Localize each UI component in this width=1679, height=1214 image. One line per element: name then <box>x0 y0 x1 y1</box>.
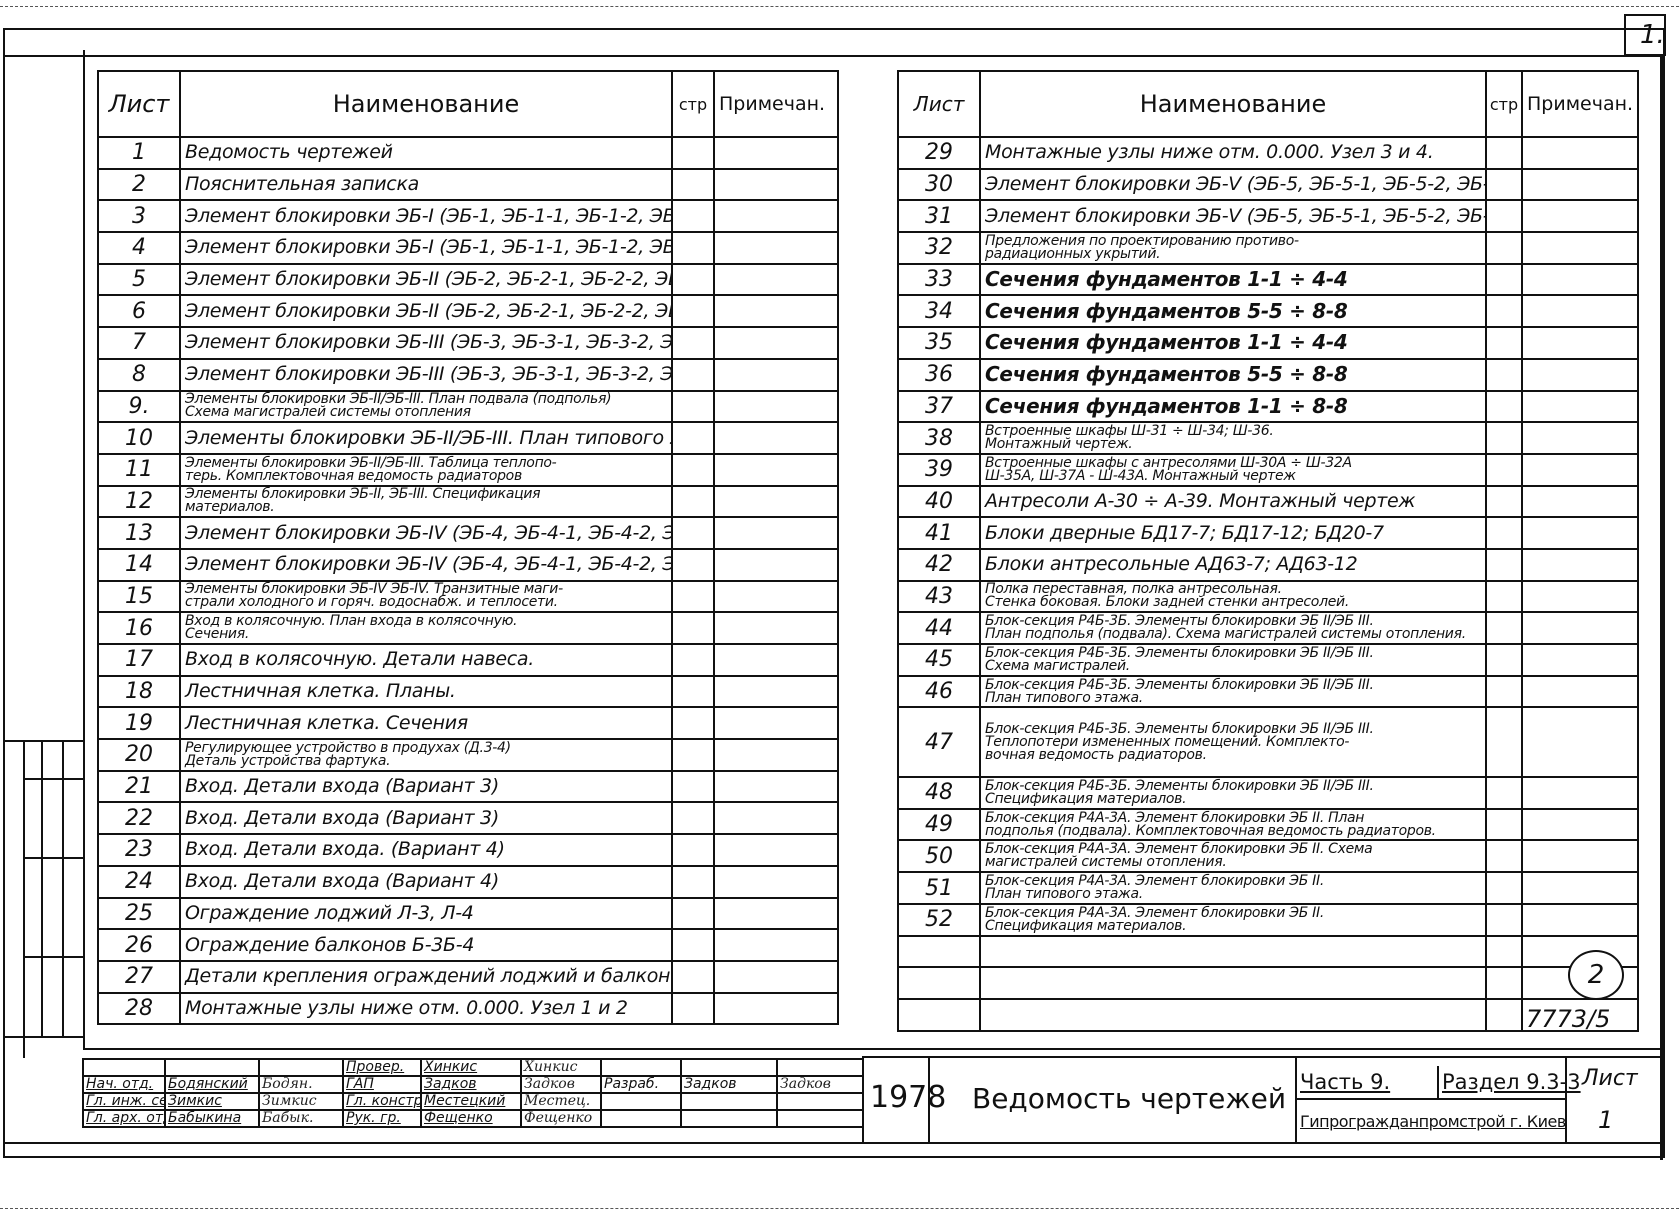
sheet-number-cell: 52 <box>898 904 980 936</box>
page-cell <box>672 676 714 708</box>
signature-block: Провер.ХинкисХинкисНач. отд.БодянскийБод… <box>82 1058 864 1128</box>
table-row: 3Элемент блокировки ЭБ-I (ЭБ-1, ЭБ-1-1, … <box>98 200 838 232</box>
table-row: 14Элемент блокировки ЭБ-IV (ЭБ-4, ЭБ-4-1… <box>98 549 838 581</box>
note-cell <box>1522 169 1638 201</box>
divider <box>1295 1056 1297 1144</box>
page-cell <box>672 612 714 644</box>
signer-name: Задков <box>421 1076 521 1093</box>
organization: Гипрограждан­промстрой г. Киев <box>1300 1112 1566 1131</box>
drawing-name-cell: Встроенные шкафы с антресолями Ш-30А ÷ Ш… <box>980 454 1486 486</box>
page-cell <box>1486 999 1522 1031</box>
table-row: 15Элементы блокировки ЭБ-IV ЭБ-IV. Транз… <box>98 581 838 613</box>
drawing-name-cell: Элемент блокировки ЭБ-III (ЭБ-3, ЭБ-3-1,… <box>180 359 672 391</box>
page-cell <box>672 327 714 359</box>
page-cell <box>672 961 714 993</box>
table-row: 52Блок-секция Р4А-3А. Элемент блокировки… <box>898 904 1638 936</box>
page-cell <box>1486 676 1522 708</box>
empty-cell <box>601 1110 681 1127</box>
part-label: Часть 9. <box>1300 1070 1390 1094</box>
sheet-number-cell: 24 <box>98 866 180 898</box>
drawing-name-cell: Предложения по проектированию противо- р… <box>980 232 1486 264</box>
drawing-name-cell: Ведомость чертежей <box>180 137 672 169</box>
note-cell <box>1522 327 1638 359</box>
drawing-name-cell: Элемент блокировки ЭБ-IV (ЭБ-4, ЭБ-4-1, … <box>180 549 672 581</box>
note-cell <box>714 200 838 232</box>
drawing-name-cell: Вход в колясочную. Детали навеса. <box>180 644 672 676</box>
table-row: 25Ограждение лоджий Л-3, Л-4 <box>98 898 838 930</box>
note-cell <box>1522 232 1638 264</box>
signer-name: Бодянский <box>165 1076 259 1093</box>
table-row: 18Лестничная клетка. Планы. <box>98 676 838 708</box>
page-cell <box>672 549 714 581</box>
table-row: 1Ведомость чертежей <box>98 137 838 169</box>
page-cell <box>1486 777 1522 809</box>
sheet-number-cell: 43 <box>898 581 980 613</box>
table-row: 32Предложения по проектированию противо-… <box>898 232 1638 264</box>
signature-row: Провер.ХинкисХинкис <box>83 1059 863 1076</box>
page-cell <box>672 834 714 866</box>
table-row: 12Элементы блокировки ЭБ-II, ЭБ-III. Спе… <box>98 486 838 518</box>
page-cell <box>672 137 714 169</box>
note-cell <box>1522 676 1638 708</box>
note-cell <box>714 295 838 327</box>
sheet-number-cell: 32 <box>898 232 980 264</box>
sheet-number-cell: 15 <box>98 581 180 613</box>
note-cell <box>714 517 838 549</box>
drawing-name-cell: Встроенные шкафы Ш-31 ÷ Ш-34; Ш-36. Монт… <box>980 422 1486 454</box>
sheet-number-cell: 18 <box>98 676 180 708</box>
note-cell <box>1522 904 1638 936</box>
drawing-name-cell: Вход. Детали входа (Вариант 4) <box>180 866 672 898</box>
drawing-name-cell: Блоки дверные БД17-7; БД17-12; БД20-7 <box>980 517 1486 549</box>
drawing-name-cell: Блок-секция Р4А-3А. Элемент блокировки Э… <box>980 904 1486 936</box>
signature: Бабык. <box>259 1110 343 1127</box>
table-row: 6Элемент блокировки ЭБ-II (ЭБ-2, ЭБ-2-1,… <box>98 295 838 327</box>
signer-role: Гл. арх. отд. <box>83 1110 165 1127</box>
table-row: 4Элемент блокировки ЭБ-I (ЭБ-1, ЭБ-1-1, … <box>98 232 838 264</box>
note-cell <box>714 676 838 708</box>
table-row: 45Блок-секция Р4Б-3Б. Элементы блокировк… <box>898 644 1638 676</box>
page-cell <box>672 359 714 391</box>
sheet-number-cell: 46 <box>898 676 980 708</box>
signer-name: Хинкис <box>421 1059 521 1076</box>
page-cell <box>1486 391 1522 423</box>
page-cell <box>1486 809 1522 841</box>
table-row: 37Сечения фундаментов 1-1 ÷ 8-8 <box>898 391 1638 423</box>
drawing-name-cell: Вход. Детали входа (Вариант 3) <box>180 771 672 803</box>
sheet-number-cell: 28 <box>98 993 180 1025</box>
signature: Местец. <box>521 1093 601 1110</box>
table-row: 42Блоки антресольные АД63-7; АД63-12 <box>898 549 1638 581</box>
sheet-number-cell: 19 <box>98 707 180 739</box>
page-cell <box>672 200 714 232</box>
note-cell <box>714 739 838 771</box>
drawing-name-cell: Блок-секция Р4А-3А. Элемент блокировки Э… <box>980 872 1486 904</box>
table-row: 29Монтажные узлы ниже отм. 0.000. Узел 3… <box>898 137 1638 169</box>
page-cell <box>1486 486 1522 518</box>
page-cell <box>1486 232 1522 264</box>
page-cell <box>1486 422 1522 454</box>
page-cell <box>672 739 714 771</box>
drawing-name-cell: Ограждение балконов Б-3Б-4 <box>180 929 672 961</box>
note-cell <box>1522 486 1638 518</box>
drawing-name-cell: Элемент блокировки ЭБ-III (ЭБ-3, ЭБ-3-1,… <box>180 327 672 359</box>
table-row: 41Блоки дверные БД17-7; БД17-12; БД20-7 <box>898 517 1638 549</box>
note-cell <box>714 834 838 866</box>
page-cell <box>1486 840 1522 872</box>
page-cell <box>672 232 714 264</box>
note-cell <box>1522 454 1638 486</box>
signer-role: Гл. инж. сер. <box>83 1093 165 1110</box>
drawing-name-cell: Блок-секция Р4Б-3Б. Элементы блокировки … <box>980 644 1486 676</box>
table-header: Лист Наименование стр Примечан. <box>98 71 838 137</box>
sheet-label: Лист <box>1582 1066 1638 1091</box>
page-cell <box>1486 936 1522 968</box>
table-row: 27Детали крепления ограждений лоджий и б… <box>98 961 838 993</box>
sheet-number-cell: 20 <box>98 739 180 771</box>
table-row: 40Антресоли А-30 ÷ А-39. Монтажный черте… <box>898 486 1638 518</box>
col-name: Наименование <box>980 71 1486 137</box>
sheet-number-cell: 11 <box>98 454 180 486</box>
sheet-corner-number: 1. <box>1640 20 1665 50</box>
note-cell <box>714 359 838 391</box>
sheet-number-cell: 39 <box>898 454 980 486</box>
page-cell <box>672 898 714 930</box>
sheet-number-cell: 2 <box>98 169 180 201</box>
note-cell <box>714 391 838 423</box>
table-row: 22Вход. Детали входа (Вариант 3) <box>98 802 838 834</box>
note-cell <box>1522 644 1638 676</box>
sheet-number-cell: 14 <box>98 549 180 581</box>
page-cell <box>672 644 714 676</box>
sheet-number-cell: 31 <box>898 200 980 232</box>
section-label: Раздел 9.3-3 <box>1442 1070 1581 1094</box>
drawing-name-cell: Элемент блокировки ЭБ-IV (ЭБ-4, ЭБ-4-1, … <box>180 517 672 549</box>
sheet-number-cell: 9. <box>98 391 180 423</box>
signer-name: Местецкий <box>421 1093 521 1110</box>
note-cell <box>1522 612 1638 644</box>
sheet-number-cell: 42 <box>898 549 980 581</box>
note-cell <box>714 961 838 993</box>
page-cell <box>1486 200 1522 232</box>
page-cell <box>672 929 714 961</box>
page-cell <box>1486 581 1522 613</box>
drawing-name-cell: Вход. Детали входа (Вариант 3) <box>180 802 672 834</box>
table-row: 7Элемент блокировки ЭБ-III (ЭБ-3, ЭБ-3-1… <box>98 327 838 359</box>
document-title: Ведомость чертежей <box>972 1082 1286 1115</box>
table-row: 20Регулирующее устройство в продухах (Д.… <box>98 739 838 771</box>
note-cell <box>714 264 838 296</box>
sheet-number-cell: 29 <box>898 137 980 169</box>
drawing-name-cell: Монтажные узлы ниже отм. 0.000. Узел 1 и… <box>180 993 672 1025</box>
empty-cell <box>601 1093 681 1110</box>
drawing-name-cell: Сечения фундаментов 1-1 ÷ 4-4 <box>980 264 1486 296</box>
sheet-number-cell: 33 <box>898 264 980 296</box>
sheet-number-cell: 6 <box>98 295 180 327</box>
signature-row: Гл. арх. отд.БабыкинаБабык.Рук. гр.Фещен… <box>83 1110 863 1127</box>
signature-row: Нач. отд.БодянскийБодян.ГАПЗадковЗадковР… <box>83 1076 863 1093</box>
divider <box>1295 1098 1565 1100</box>
drawing-name-cell: Элементы блокировки ЭБ-II, ЭБ-III. Специ… <box>180 486 672 518</box>
drawing-name-cell: Вход. Детали входа. (Вариант 4) <box>180 834 672 866</box>
signer-name: Фещенко <box>421 1110 521 1127</box>
binding-col-3 <box>62 740 64 1038</box>
page-cell <box>672 169 714 201</box>
drawing-name-cell: Блоки антресольные АД63-7; АД63-12 <box>980 549 1486 581</box>
page-cell <box>672 802 714 834</box>
sheet-number-cell: 50 <box>898 840 980 872</box>
signature: Зимкис <box>259 1093 343 1110</box>
table-row: 51Блок-секция Р4А-3А. Элемент блокировки… <box>898 872 1638 904</box>
page-cell <box>672 866 714 898</box>
table-row: 28Монтажные узлы ниже отм. 0.000. Узел 1… <box>98 993 838 1025</box>
page-cell <box>1486 967 1522 999</box>
empty-cell <box>777 1059 863 1076</box>
page-cell <box>1486 612 1522 644</box>
page-cell <box>1486 872 1522 904</box>
sheet-number-cell: 17 <box>98 644 180 676</box>
sheet-number-cell: 47 <box>898 707 980 777</box>
drawing-name-cell: Блок-секция Р4Б-3Б. Элементы блокировки … <box>980 777 1486 809</box>
drawing-name-cell: Лестничная клетка. Сечения <box>180 707 672 739</box>
note-cell <box>1522 200 1638 232</box>
table-row: 19Лестничная клетка. Сечения <box>98 707 838 739</box>
table-row: 31Элемент блокировки ЭБ-V (ЭБ-5, ЭБ-5-1,… <box>898 200 1638 232</box>
col-page: стр <box>1486 71 1522 137</box>
drawing-name-cell: Детали крепления ограждений лоджий и бал… <box>180 961 672 993</box>
sheet-number-cell <box>898 936 980 968</box>
note-cell <box>714 612 838 644</box>
table-row: 26Ограждение балконов Б-3Б-4 <box>98 929 838 961</box>
table-row <box>898 936 1638 968</box>
sheet-number-cell: 41 <box>898 517 980 549</box>
page-cell <box>672 581 714 613</box>
drawing-name-cell: Элемент блокировки ЭБ-V (ЭБ-5, ЭБ-5-1, Э… <box>980 169 1486 201</box>
drawing-name-cell <box>980 967 1486 999</box>
table-row: 35Сечения фундаментов 1-1 ÷ 4-4 <box>898 327 1638 359</box>
table-row: 39Встроенные шкафы с антресолями Ш-30А ÷… <box>898 454 1638 486</box>
sheet-number-cell: 10 <box>98 422 180 454</box>
drawing-name-cell: Сечения фундаментов 1-1 ÷ 4-4 <box>980 327 1486 359</box>
drawing-name-cell: Сечения фундаментов 1-1 ÷ 8-8 <box>980 391 1486 423</box>
empty-cell <box>601 1059 681 1076</box>
table-row: 50Блок-секция Р4А-3А. Элемент блокировки… <box>898 840 1638 872</box>
sheet-number-cell: 35 <box>898 327 980 359</box>
page-cell <box>672 264 714 296</box>
drawing-list-left: Лист Наименование стр Примечан. 1Ведомос… <box>97 70 839 1025</box>
col-note: Примечан. <box>1522 71 1638 137</box>
empty-cell <box>777 1110 863 1127</box>
page-cell <box>1486 137 1522 169</box>
binding-row-2 <box>23 857 83 859</box>
note-cell <box>714 581 838 613</box>
sheet-number-cell: 34 <box>898 295 980 327</box>
table-row: 46Блок-секция Р4Б-3Б. Элементы блокировк… <box>898 676 1638 708</box>
binding-row-4 <box>3 1036 85 1038</box>
divider <box>1437 1066 1439 1099</box>
table-row: 5Элемент блокировки ЭБ-II (ЭБ-2, ЭБ-2-1,… <box>98 264 838 296</box>
binding-col-1 <box>23 740 25 1058</box>
developer-name: Задков <box>681 1076 777 1093</box>
drawing-list-right: Лист Наименование стр Примечан. 29Монтаж… <box>897 70 1639 1032</box>
drawing-name-cell: Элемент блокировки ЭБ-I (ЭБ-1, ЭБ-1-1, Э… <box>180 200 672 232</box>
drawing-name-cell: Пояснительная записка <box>180 169 672 201</box>
note-cell <box>1522 422 1638 454</box>
page-cell <box>672 486 714 518</box>
page-cell <box>1486 327 1522 359</box>
sheet-number-cell: 26 <box>98 929 180 961</box>
sheet-number-cell: 21 <box>98 771 180 803</box>
note-cell <box>714 993 838 1025</box>
sheet-number-cell: 27 <box>98 961 180 993</box>
table-row: 34Сечения фундаментов 5-5 ÷ 8-8 <box>898 295 1638 327</box>
page-cell <box>1486 549 1522 581</box>
col-page: стр <box>672 71 714 137</box>
sheet-number-cell: 12 <box>98 486 180 518</box>
col-note: Примечан. <box>714 71 838 137</box>
note-cell <box>1522 809 1638 841</box>
page-cell <box>672 993 714 1025</box>
page-cell <box>672 391 714 423</box>
note-cell <box>1522 517 1638 549</box>
sheet-number-cell <box>898 999 980 1031</box>
table-header: Лист Наименование стр Примечан. <box>898 71 1638 137</box>
sheet-number-cell <box>898 967 980 999</box>
sheet-number: 1 <box>1598 1106 1613 1134</box>
table-row: 11Элементы блокировки ЭБ-II/ЭБ-III. Табл… <box>98 454 838 486</box>
note-cell <box>714 549 838 581</box>
col-sheet: Лист <box>98 71 180 137</box>
note-cell <box>714 327 838 359</box>
table-row: 16Вход в колясочную. План входа в колясо… <box>98 612 838 644</box>
note-cell <box>714 232 838 264</box>
developer-role: Разраб. <box>601 1076 681 1093</box>
signature-row: Гл. инж. сер.ЗимкисЗимкисГл. констр.Мест… <box>83 1093 863 1110</box>
circle-mark: 2 <box>1568 950 1624 1000</box>
drawing-name-cell: Элемент блокировки ЭБ-I (ЭБ-1, ЭБ-1-1, Э… <box>180 232 672 264</box>
sheet-number-cell: 4 <box>98 232 180 264</box>
sheet-number-cell: 8 <box>98 359 180 391</box>
empty-cell <box>777 1093 863 1110</box>
drawing-name-cell: Элемент блокировки ЭБ-V (ЭБ-5, ЭБ-5-1, Э… <box>980 200 1486 232</box>
drawing-name-cell: Регулирующее устройство в продухах (Д.3-… <box>180 739 672 771</box>
drawing-name-cell <box>980 999 1486 1031</box>
drawing-name-cell <box>980 936 1486 968</box>
drawing-name-cell: Блок-секция Р4Б-3Б. Элементы блокировки … <box>980 612 1486 644</box>
drawing-name-cell: Ограждение лоджий Л-3, Л-4 <box>180 898 672 930</box>
page-cell <box>1486 295 1522 327</box>
sheet-number-cell: 1 <box>98 137 180 169</box>
drawing-name-cell: Блок-секция Р4А-3А. Элемент блокировки Э… <box>980 840 1486 872</box>
drawing-name-cell: Элементы блокировки ЭБ-II/ЭБ-III. План т… <box>180 422 672 454</box>
signer-name: Бабыкина <box>165 1110 259 1127</box>
table-row: 13Элемент блокировки ЭБ-IV (ЭБ-4, ЭБ-4-1… <box>98 517 838 549</box>
binding-row-1 <box>23 778 83 780</box>
sheet-number-cell: 23 <box>98 834 180 866</box>
note-cell <box>1522 872 1638 904</box>
note-cell <box>1522 549 1638 581</box>
sheet-number-cell: 37 <box>898 391 980 423</box>
empty-cell <box>681 1059 777 1076</box>
page-cell <box>1486 904 1522 936</box>
drawing-name-cell: Лестничная клетка. Планы. <box>180 676 672 708</box>
note-cell <box>1522 137 1638 169</box>
sheet-number-cell: 49 <box>898 809 980 841</box>
note-cell <box>714 707 838 739</box>
table-row: 36Сечения фундаментов 5-5 ÷ 8-8 <box>898 359 1638 391</box>
table-row: 17Вход в колясочную. Детали навеса. <box>98 644 838 676</box>
note-cell <box>1522 264 1638 296</box>
note-cell <box>714 137 838 169</box>
note-cell <box>714 771 838 803</box>
drawing-name-cell: Элемент блокировки ЭБ-II (ЭБ-2, ЭБ-2-1, … <box>180 295 672 327</box>
sheet-number-cell: 48 <box>898 777 980 809</box>
table-row: 48Блок-секция Р4Б-3Б. Элементы блокировк… <box>898 777 1638 809</box>
drawing-name-cell: Блок-секция Р4Б-3Б. Элементы блокировки … <box>980 676 1486 708</box>
drawing-name-cell: Элементы блокировки ЭБ-II/ЭБ-III. Таблиц… <box>180 454 672 486</box>
signer-name <box>165 1059 259 1076</box>
signer-name: Зимкис <box>165 1093 259 1110</box>
drawing-name-cell: Сечения фундаментов 5-5 ÷ 8-8 <box>980 359 1486 391</box>
table-row: 49Блок-секция Р4А-3А. Элемент блокировки… <box>898 809 1638 841</box>
sheet-number-cell: 44 <box>898 612 980 644</box>
signer-role: Нач. отд. <box>83 1076 165 1093</box>
page-cell <box>1486 517 1522 549</box>
sheet-number-cell: 40 <box>898 486 980 518</box>
signer-role: Рук. гр. <box>343 1110 421 1127</box>
sheet-number-cell: 30 <box>898 169 980 201</box>
page-cell <box>672 454 714 486</box>
drawing-name-cell: Вход в колясочную. План входа в колясочн… <box>180 612 672 644</box>
year: 1978 <box>870 1080 946 1115</box>
note-cell <box>1522 777 1638 809</box>
note-cell <box>714 454 838 486</box>
note-cell <box>714 486 838 518</box>
page-cell <box>672 771 714 803</box>
scan-edge-top <box>0 6 1679 7</box>
table-row: 9.Элементы блокировки ЭБ-II/ЭБ-III. План… <box>98 391 838 423</box>
note-cell <box>1522 581 1638 613</box>
binding-row-3 <box>23 956 83 958</box>
sheet-number-cell: 22 <box>98 802 180 834</box>
note-cell <box>714 898 838 930</box>
sheet-number-cell: 45 <box>898 644 980 676</box>
signature: Задков <box>521 1076 601 1093</box>
col-name: Наименование <box>180 71 672 137</box>
table-row: 47Блок-секция Р4Б-3Б. Элементы блокировк… <box>898 707 1638 777</box>
page-cell <box>672 517 714 549</box>
note-cell <box>714 644 838 676</box>
col-sheet: Лист <box>898 71 980 137</box>
page-cell <box>1486 169 1522 201</box>
note-cell <box>1522 295 1638 327</box>
empty-cell <box>681 1093 777 1110</box>
signature: Фещенко <box>521 1110 601 1127</box>
scan-edge-bottom <box>0 1208 1679 1209</box>
table-row: 43Полка переставная, полка антресольная.… <box>898 581 1638 613</box>
sheet-number-cell: 3 <box>98 200 180 232</box>
signature <box>259 1059 343 1076</box>
table-row: 23Вход. Детали входа. (Вариант 4) <box>98 834 838 866</box>
page-cell <box>672 422 714 454</box>
empty-cell <box>681 1110 777 1127</box>
note-cell <box>1522 840 1638 872</box>
sheet-number-cell: 13 <box>98 517 180 549</box>
developer-signature: Задков <box>777 1076 863 1093</box>
table-row: 21Вход. Детали входа (Вариант 3) <box>98 771 838 803</box>
sheet-number-cell: 7 <box>98 327 180 359</box>
signer-role <box>83 1059 165 1076</box>
